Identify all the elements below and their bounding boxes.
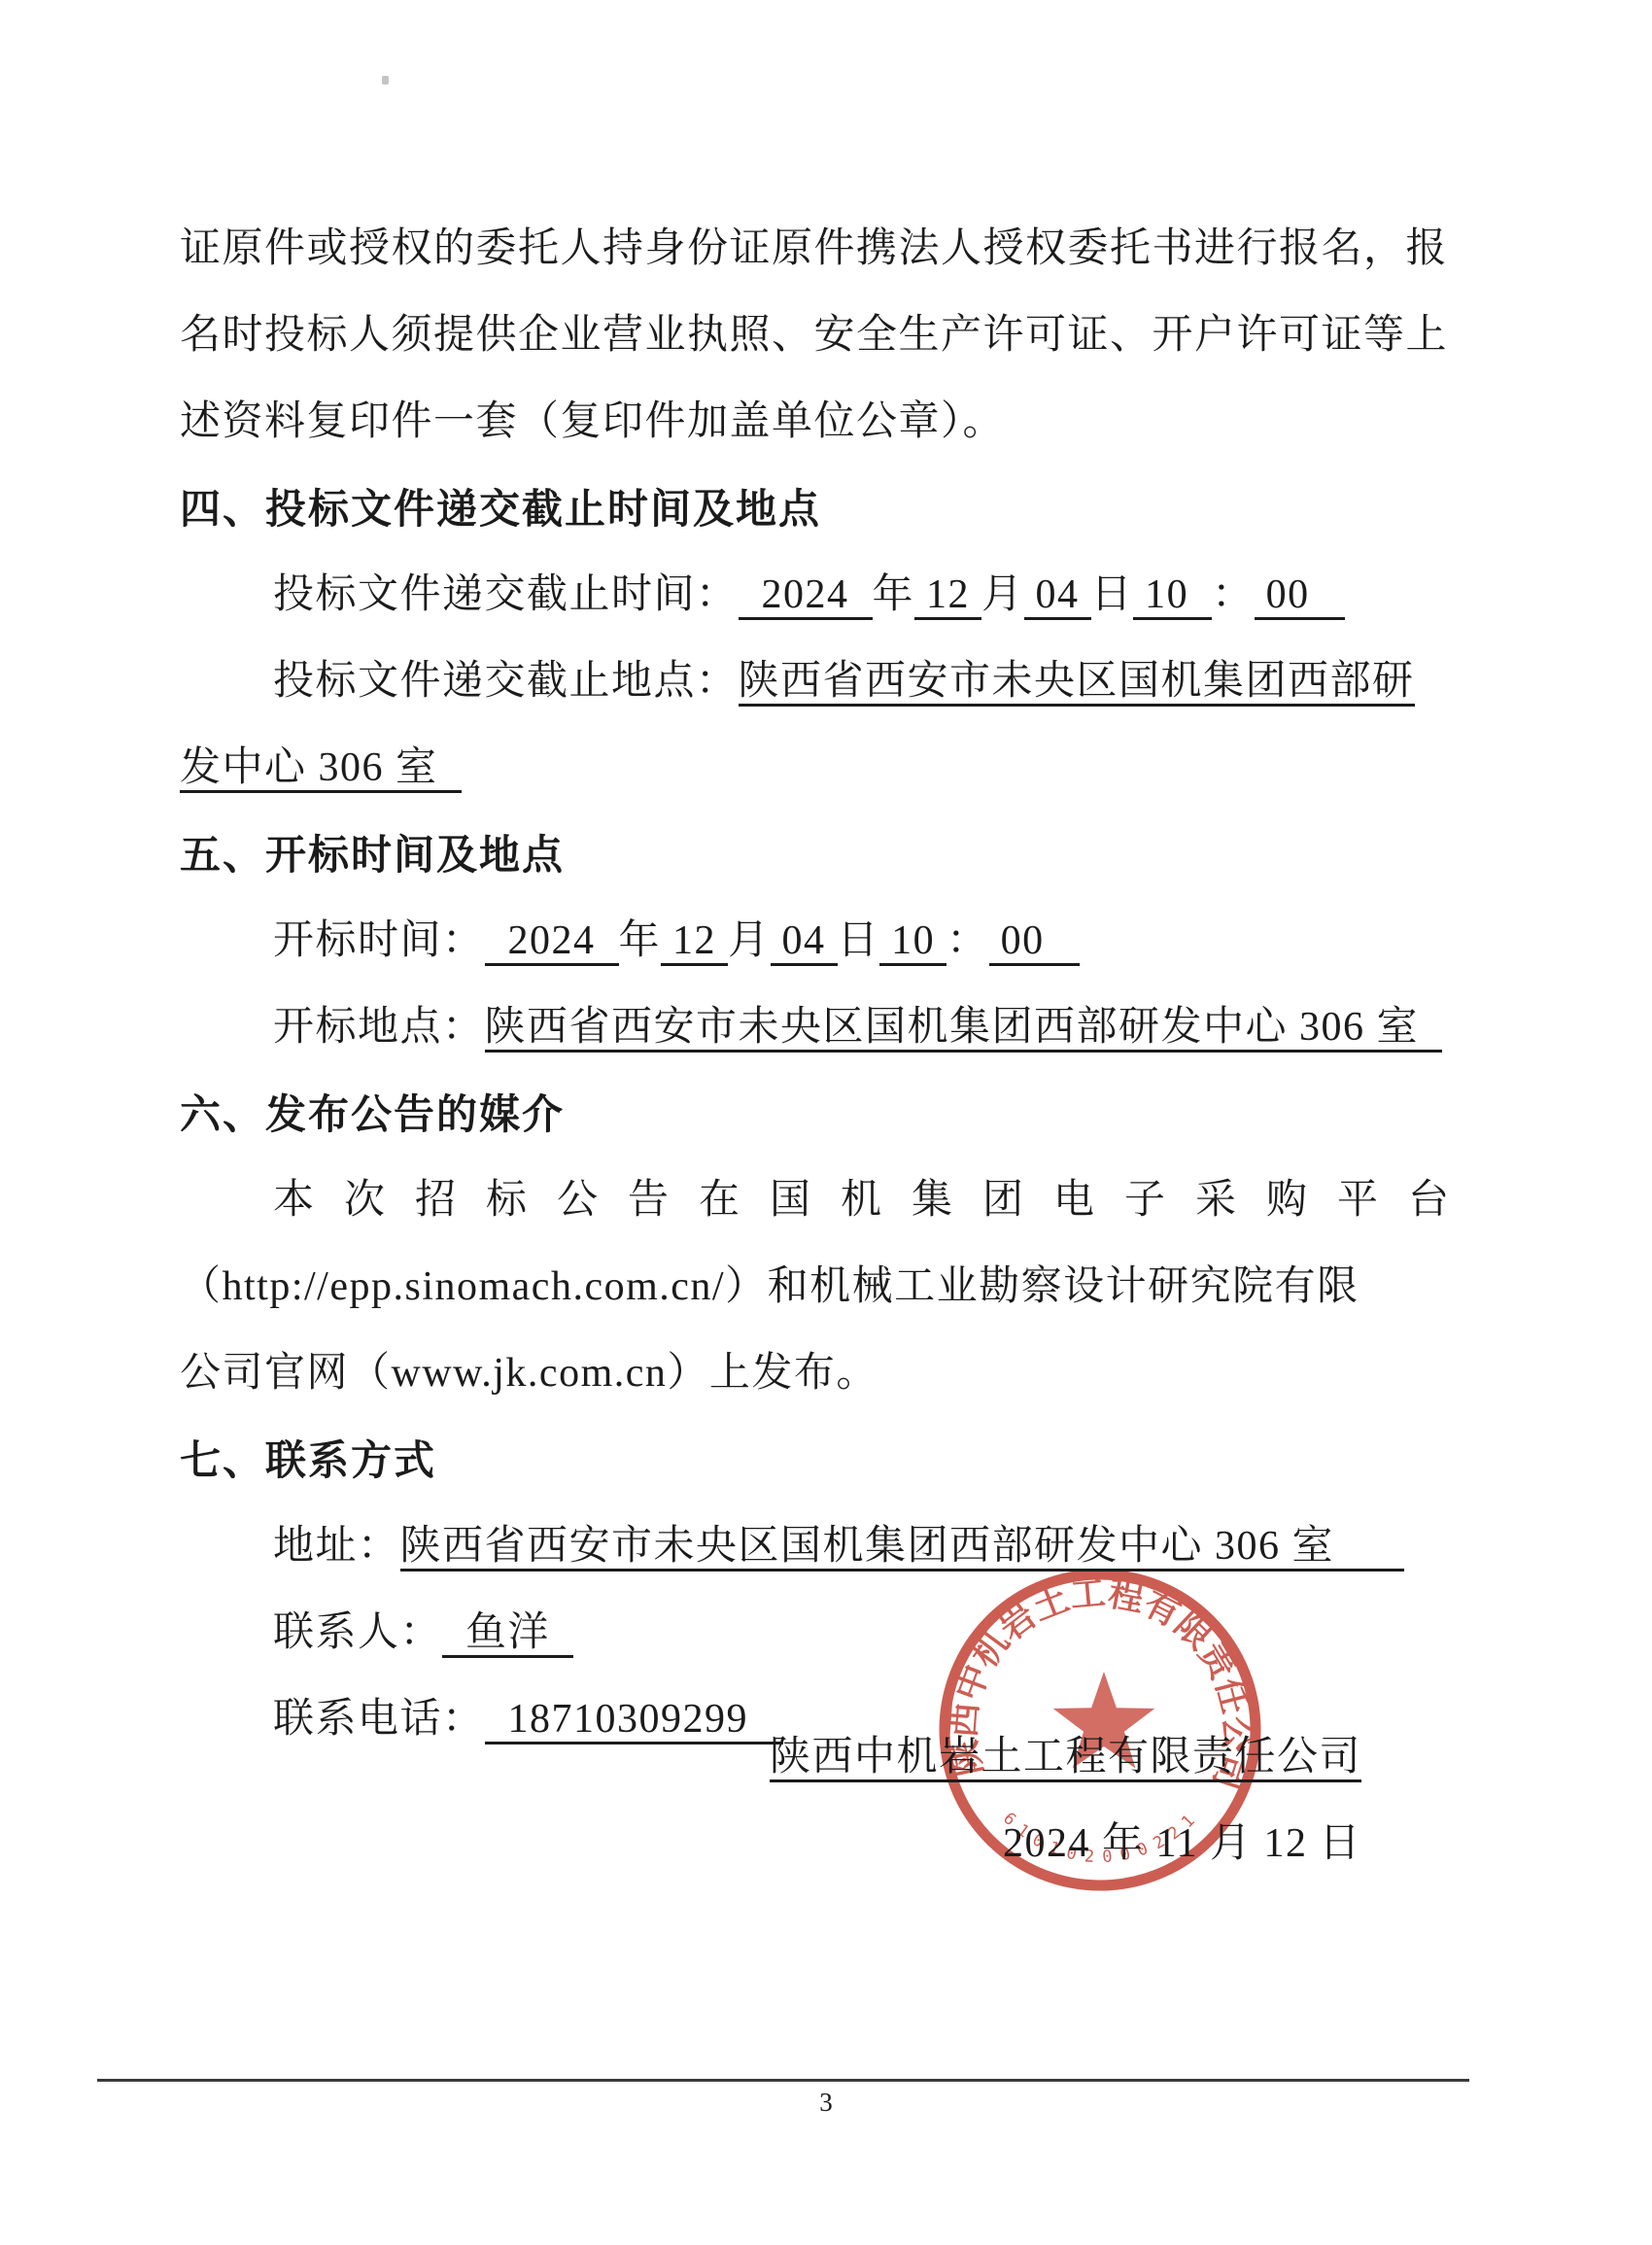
colon-char: ：: [946, 918, 989, 963]
minute-value: 00: [989, 918, 1080, 966]
heading-text: 六、发布公告的媒介: [180, 1091, 565, 1137]
body-text: （http://epp.sinomach.com.cn/）和机械工业勘察设计研究…: [180, 1264, 1359, 1309]
signature-date: 2024 年 11 月 12 日: [1003, 1821, 1361, 1866]
paragraph-line: 公司官网（www.jk.com.cn）上发布。: [180, 1330, 1474, 1417]
body-text: 名时投标人须提供企业营业执照、安全生产许可证、开户许可证等上: [180, 313, 1448, 358]
paragraph-line: 述资料复印件一套（复印件加盖单位公章）。: [180, 379, 1474, 466]
minute-value: 00: [1255, 572, 1345, 620]
signature-company: 陕西中机岩土工程有限责任公司: [770, 1735, 1361, 1782]
field-label: 联系人：: [273, 1610, 442, 1655]
opening-time-line: 开标时间： 2024 年 12 月 04 日 10 ： 00: [180, 898, 1474, 984]
deadline-time-line: 投标文件递交截止时间： 2024 年 12 月 04 日 10 ： 00: [180, 552, 1474, 639]
deadline-place-line-2: 发中心 306 室: [180, 725, 1474, 812]
month-value: 12: [661, 918, 728, 966]
address-line: 地址：陕西省西安市未央区国机集团西部研发中心 306 室: [180, 1503, 1474, 1590]
body-text: 证原件或授权的委托人持身份证原件携法人授权委托书进行报名，报: [180, 226, 1448, 271]
paragraph-line: （http://epp.sinomach.com.cn/）和机械工业勘察设计研究…: [180, 1244, 1474, 1330]
day-value: 04: [771, 918, 838, 966]
year-char: 年: [873, 572, 915, 617]
day-char: 日: [1091, 572, 1134, 617]
document-body: 证原件或授权的委托人持身份证原件携法人授权委托书进行报名，报 名时投标人须提供企…: [180, 206, 1474, 1887]
body-text: 述资料复印件一套（复印件加盖单位公章）。: [180, 399, 1005, 444]
field-label: 投标文件递交截止地点：: [273, 659, 739, 704]
day-value: 04: [1024, 572, 1091, 620]
year-char: 年: [619, 918, 662, 963]
place-value: 陕西省西安市未央区国机集团西部研发中心 306 室: [485, 1005, 1443, 1053]
field-label: 开标时间：: [273, 918, 485, 963]
footer-divider: [97, 2079, 1469, 2082]
year-value: 2024: [739, 572, 873, 620]
deadline-place-line: 投标文件递交截止地点：陕西省西安市未央区国机集团西部研: [180, 639, 1474, 725]
section-heading-7: 七、联系方式: [180, 1417, 1474, 1503]
hour-value: 10: [1133, 572, 1212, 620]
section-heading-6: 六、发布公告的媒介: [180, 1071, 1474, 1157]
field-label: 开标地点：: [273, 1005, 485, 1050]
field-label: 地址：: [273, 1524, 400, 1569]
paragraph-line: 本次招标公告在国机集团电子采购平台: [180, 1157, 1474, 1244]
place-value: 陕西省西安市未央区国机集团西部研: [739, 659, 1415, 707]
colon-char: ：: [1212, 572, 1255, 617]
field-label: 投标文件递交截止时间：: [273, 572, 739, 617]
field-label: 联系电话：: [273, 1697, 485, 1742]
heading-text: 五、开标时间及地点: [180, 832, 565, 878]
month-value: 12: [914, 572, 981, 620]
page-number: 3: [0, 2088, 1652, 2118]
phone-value: 18710309299: [485, 1697, 784, 1744]
scan-artifact-speck: [382, 76, 389, 85]
place-value: 发中心 306 室: [180, 745, 462, 793]
body-text: 本次招标公告在国机集团电子采购平台: [273, 1178, 1479, 1223]
day-char: 日: [838, 918, 880, 963]
body-text: 公司官网（www.jk.com.cn）上发布。: [180, 1351, 878, 1396]
month-char: 月: [981, 572, 1024, 617]
document-page: 陕西中机岩土工程有限责任公司 6101020002211 证原件或授权的委托人持…: [0, 0, 1652, 2245]
heading-text: 四、投标文件递交截止时间及地点: [180, 486, 821, 532]
contact-person-value: 鱼洋: [442, 1610, 573, 1658]
hour-value: 10: [879, 918, 946, 966]
opening-place-line: 开标地点：陕西省西安市未央区国机集团西部研发中心 306 室: [180, 984, 1474, 1071]
paragraph-line: 名时投标人须提供企业营业执照、安全生产许可证、开户许可证等上: [180, 293, 1474, 379]
year-value: 2024: [485, 918, 619, 966]
paragraph-line: 证原件或授权的委托人持身份证原件携法人授权委托书进行报名，报: [180, 206, 1474, 293]
month-char: 月: [728, 918, 771, 963]
address-value: 陕西省西安市未央区国机集团西部研发中心 306 室: [400, 1524, 1405, 1571]
heading-text: 七、联系方式: [180, 1437, 436, 1483]
contact-person-line: 联系人： 鱼洋: [180, 1590, 1474, 1676]
signature-date-line: 2024 年 11 月 12 日: [180, 1801, 1474, 1887]
section-heading-4: 四、投标文件递交截止时间及地点: [180, 466, 1474, 552]
section-heading-5: 五、开标时间及地点: [180, 812, 1474, 898]
